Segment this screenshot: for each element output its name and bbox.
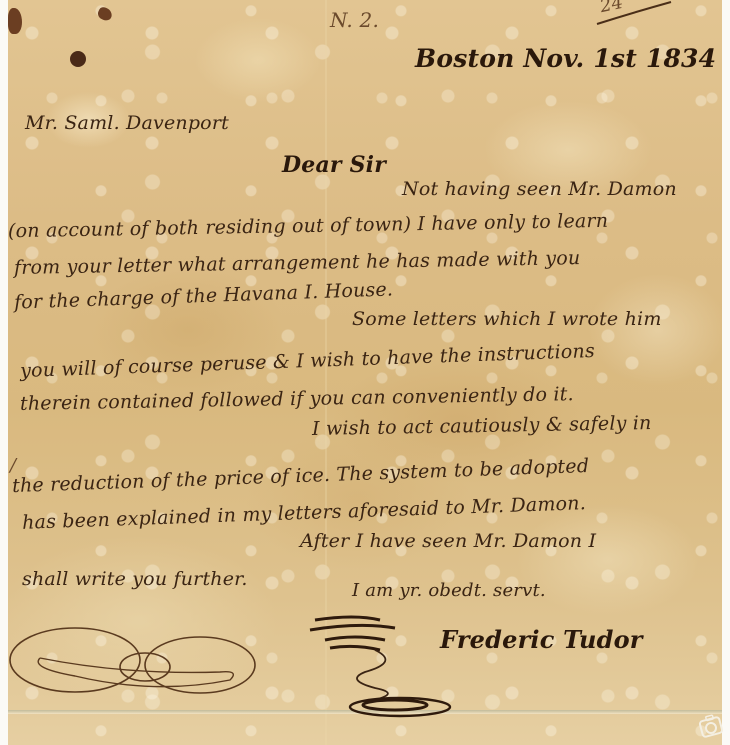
body-line: After I have seen Mr. Damon I bbox=[300, 530, 596, 552]
addressee: Mr. Saml. Davenport bbox=[25, 112, 229, 134]
corner-underline bbox=[595, 0, 675, 30]
signature: Frederic Tudor bbox=[440, 625, 643, 654]
salutation: Dear Sir bbox=[282, 152, 386, 178]
number-mark: N. 2. bbox=[330, 8, 379, 32]
body-line: shall write you further. bbox=[22, 568, 248, 590]
margin-tick: / bbox=[10, 455, 16, 476]
body-line: Some letters which I wrote him bbox=[352, 308, 662, 330]
dateline: Boston Nov. 1st 1834 bbox=[415, 44, 716, 73]
paraph-flourish-center bbox=[305, 610, 465, 720]
seller-camera-icon bbox=[698, 712, 726, 740]
closing: I am yr. obedt. servt. bbox=[352, 580, 546, 601]
paraph-flourish-left bbox=[5, 620, 265, 720]
letter-page: 24 N. 2. Boston Nov. 1st 1834 Mr. Saml. … bbox=[0, 0, 730, 745]
torn-edge-damage bbox=[8, 8, 22, 34]
body-line: Not having seen Mr. Damon bbox=[402, 178, 677, 200]
ink-blot bbox=[70, 51, 86, 67]
